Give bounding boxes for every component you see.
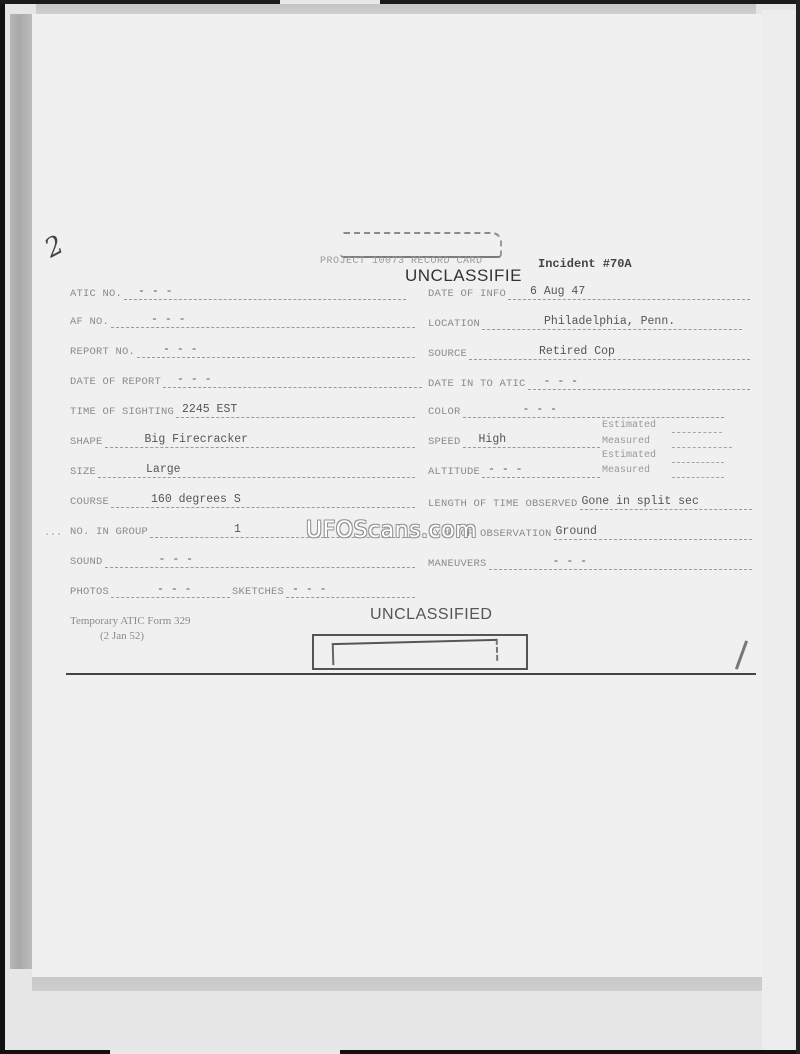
redaction-stamp (340, 232, 502, 258)
field-value: 160 degrees S (151, 493, 241, 506)
field-line: - - - (105, 554, 415, 568)
speed-option-measured: Measured (602, 436, 650, 447)
field-value: Big Firecracker (145, 433, 249, 446)
field-label: COURSE (70, 496, 109, 508)
field-line: Big Firecracker (105, 434, 415, 448)
scan-border-gap (280, 0, 380, 4)
bottom-rule (66, 673, 756, 675)
field-label: SHAPE (70, 436, 103, 448)
field-value: Retired Cop (539, 345, 615, 358)
field-value: - - - (292, 583, 327, 596)
scan-shadow-left (10, 14, 32, 969)
field-date-in-to-atic: DATE IN TO ATIC - - - (428, 376, 750, 390)
scan-border-gap (110, 1050, 340, 1054)
field-line: - - - (489, 556, 752, 570)
altitude-option-estimated: Estimated (602, 450, 656, 461)
scan-border (0, 0, 5, 1054)
margin-mark: ... (44, 528, 62, 539)
field-value: - - - (163, 343, 198, 356)
field-line: Ground (554, 526, 752, 540)
field-line: High (463, 434, 600, 448)
field-value: - - - (151, 313, 186, 326)
field-source: SOURCE Retired Cop (428, 346, 750, 360)
field-value: - - - (177, 373, 212, 386)
field-value: - - - (488, 463, 523, 476)
field-label: AF NO. (70, 316, 109, 328)
paper-edge (762, 10, 796, 1050)
field-line: - - - (163, 374, 422, 388)
field-line (672, 477, 724, 478)
speed-option-estimated: Estimated (602, 420, 656, 431)
field-altitude: ALTITUDE - - - (428, 464, 600, 478)
field-line (672, 447, 732, 448)
field-value: Large (146, 463, 181, 476)
field-size: SIZE Large (70, 464, 415, 478)
field-line: - - - (482, 464, 600, 478)
field-value: - - - (553, 555, 588, 568)
field-label: SPEED (428, 436, 461, 448)
field-date-of-report: DATE OF REPORT - - - (70, 374, 422, 388)
field-line: Gone in split sec (580, 496, 752, 510)
field-line: - - - (111, 314, 415, 328)
field-line: - - - (111, 584, 230, 598)
field-line: - - - (463, 404, 724, 418)
field-label: COLOR (428, 406, 461, 418)
field-label: DATE OF INFO (428, 288, 506, 300)
field-value: 6 Aug 47 (530, 285, 585, 298)
field-label: TIME OF SIGHTING (70, 406, 174, 418)
field-line: Retired Cop (469, 346, 750, 360)
form-number: Temporary ATIC Form 329 (70, 614, 191, 629)
field-label: DATE IN TO ATIC (428, 378, 526, 390)
field-sound: SOUND - - - (70, 554, 415, 568)
field-line: - - - (124, 286, 406, 300)
field-line: - - - (286, 584, 415, 598)
field-value: High (479, 433, 507, 446)
field-line (672, 462, 724, 463)
field-value: Ground (556, 525, 597, 538)
field-af-no: AF NO. - - - (70, 314, 415, 328)
field-speed: SPEED High (428, 434, 600, 448)
field-line: - - - (137, 344, 415, 358)
field-label: SKETCHES (232, 586, 284, 598)
field-photos: PHOTOS - - - (70, 584, 230, 598)
field-line: - - - (528, 376, 750, 390)
altitude-option-measured: Measured (602, 465, 650, 476)
form-date: (2 Jan 52) (70, 629, 191, 644)
scan-border (0, 0, 800, 4)
incident-number: Incident #70A (538, 257, 632, 271)
field-value: Philadelphia, Penn. (544, 315, 675, 328)
classification-stamp-top: UNCLASSIFIE (405, 266, 522, 286)
field-label: MANEUVERS (428, 558, 487, 570)
field-maneuvers: MANEUVERS - - - (428, 556, 752, 570)
field-label: ATIC NO. (70, 288, 122, 300)
field-atic-no: ATIC NO. - - - (70, 286, 406, 300)
field-value: Gone in split sec (582, 495, 699, 508)
field-line: 6 Aug 47 (508, 286, 750, 300)
field-label: PHOTOS (70, 586, 109, 598)
field-label: ALTITUDE (428, 466, 480, 478)
field-label: LOCATION (428, 318, 480, 330)
field-label: REPORT NO. (70, 346, 135, 358)
scan-border (796, 0, 800, 1054)
field-value: - - - (544, 375, 579, 388)
field-value: - - - (138, 285, 173, 298)
field-label: DATE OF REPORT (70, 376, 161, 388)
field-label: LENGTH OF TIME OBSERVED (428, 498, 578, 510)
scan-shadow-bottom (32, 977, 762, 991)
field-color: COLOR - - - (428, 404, 724, 418)
redaction-mark (332, 639, 499, 665)
field-course: COURSE 160 degrees S (70, 494, 415, 508)
form-identifier: Temporary ATIC Form 329 (2 Jan 52) (70, 614, 191, 644)
watermark: UFOScans.com (306, 518, 477, 543)
field-line: 160 degrees S (111, 494, 415, 508)
field-value: 1 (234, 523, 241, 536)
field-line (672, 432, 722, 433)
field-report-no: REPORT NO. - - - (70, 344, 415, 358)
field-value: - - - (523, 403, 558, 416)
field-label: SOUND (70, 556, 103, 568)
field-shape: SHAPE Big Firecracker (70, 434, 415, 448)
field-line: Large (98, 464, 415, 478)
field-label: SIZE (70, 466, 96, 478)
field-line: Philadelphia, Penn. (482, 316, 742, 330)
field-label: NO. IN GROUP (70, 526, 148, 538)
field-sketches: SKETCHES - - - (232, 584, 415, 598)
field-value: - - - (157, 583, 192, 596)
field-value: - - - (159, 553, 194, 566)
field-line: 2245 EST (176, 404, 415, 418)
field-length-of-time-observed: LENGTH OF TIME OBSERVED Gone in split se… (428, 496, 752, 510)
field-time-of-sighting: TIME OF SIGHTING 2245 EST (70, 404, 415, 418)
field-location: LOCATION Philadelphia, Penn. (428, 316, 742, 330)
field-label: SOURCE (428, 348, 467, 360)
field-value: 2245 EST (182, 403, 237, 416)
field-date-of-info: DATE OF INFO 6 Aug 47 (428, 286, 750, 300)
classification-stamp-bottom: UNCLASSIFIED (370, 606, 492, 624)
scan-shadow-top (36, 4, 756, 14)
